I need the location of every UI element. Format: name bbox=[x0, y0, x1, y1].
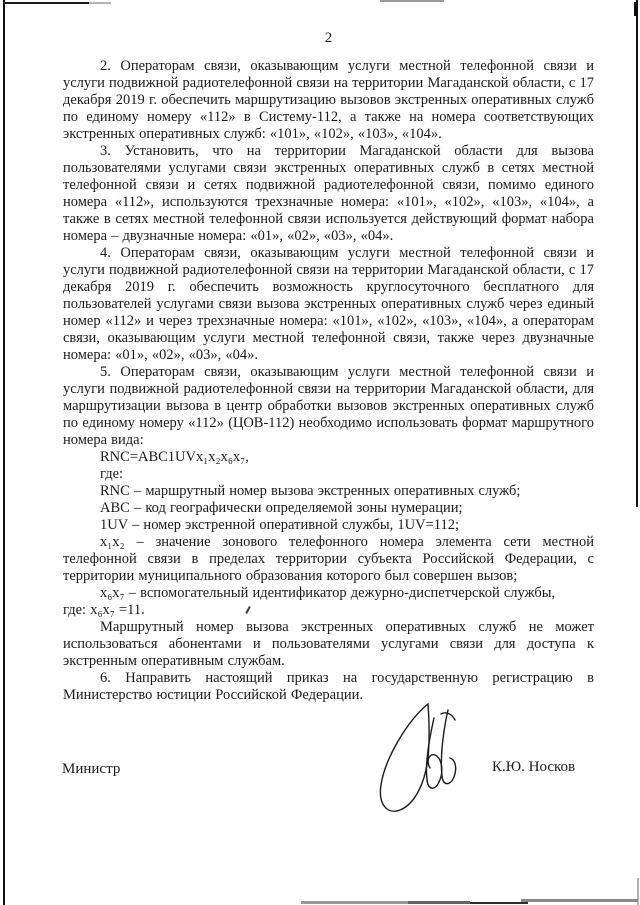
scan-artifact-bottom-bar-1 bbox=[301, 901, 408, 904]
scan-artifact-bottom-bar-3 bbox=[470, 902, 528, 904]
paragraph: RNC=ABC1UVx₁x₂x₆x₇, bbox=[63, 449, 594, 466]
paragraph: где: bbox=[63, 466, 594, 483]
minister-title: Министр bbox=[62, 761, 120, 778]
scan-artifact-top-gray-line bbox=[380, 0, 444, 2]
scan-artifact-top-left-fade bbox=[89, 2, 111, 4]
scanned-document-page: 2 2. Операторам связи, оказывающим услуг… bbox=[0, 0, 640, 905]
paragraph: Маршрутный номер вызова экстренных опера… bbox=[63, 619, 594, 670]
document-content: 2 2. Операторам связи, оказывающим услуг… bbox=[63, 30, 594, 704]
paragraph: 5. Операторам связи, оказывающим услуги … bbox=[63, 364, 594, 449]
scan-artifact-top-left-border bbox=[3, 2, 89, 4]
paragraph: 3. Установить, что на территории Магадан… bbox=[63, 143, 594, 245]
signature-handwritten-icon bbox=[372, 698, 472, 818]
paragraph: ABC – код географически определяемой зон… bbox=[63, 500, 594, 517]
scan-artifact-right-border bbox=[636, 0, 638, 507]
paragraph: где: x₆x₇ =11. bbox=[63, 602, 594, 619]
paragraph: 4. Операторам связи, оказывающим услуги … bbox=[63, 245, 594, 364]
page-number: 2 bbox=[63, 30, 594, 47]
paragraph: x₁x₂ – значение зонового телефонного ном… bbox=[63, 534, 594, 585]
scan-artifact-left-border bbox=[3, 0, 5, 905]
scan-artifact-right-tick bbox=[634, 2, 638, 16]
paragraph: 6. Направить настоящий приказ на государ… bbox=[63, 670, 594, 704]
paragraph: 1UV – номер экстренной оперативной служб… bbox=[63, 517, 594, 534]
signatory-name: К.Ю. Носков bbox=[492, 759, 575, 776]
paragraph: RNC – маршрутный номер вызова экстренных… bbox=[63, 483, 594, 500]
document-body: 2. Операторам связи, оказывающим услуги … bbox=[63, 58, 594, 704]
paragraph: 2. Операторам связи, оказывающим услуги … bbox=[63, 58, 594, 143]
paragraph: x₆x₇ – вспомогательный идентификатор деж… bbox=[63, 585, 594, 602]
scan-artifact-bottom-bar-2 bbox=[408, 901, 470, 904]
scan-artifact-bottom-bar-4 bbox=[521, 899, 638, 902]
